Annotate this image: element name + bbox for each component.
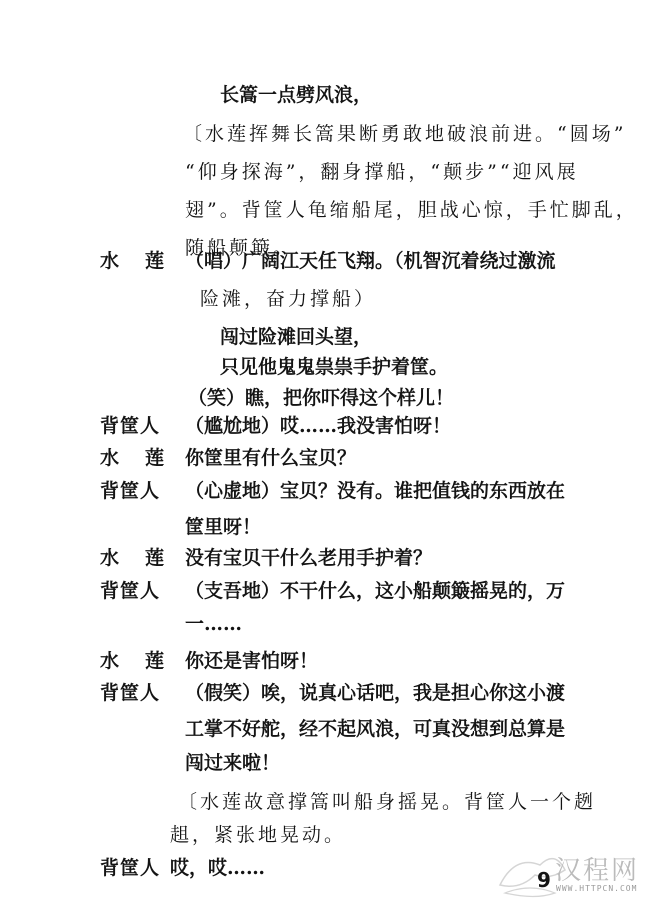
speaker-label: 水莲 <box>100 249 190 273</box>
dialogue-line: 闯过来啦！ <box>185 751 280 775</box>
dialogue-line: （唱）广阔江天任飞翔。（机智沉着绕过激流 <box>185 249 556 273</box>
book-page: 长篙一点劈风浪， 〔水莲挥舞长篙果断勇敢地破浪前进。“圆场” “仰身探海”，翻身… <box>0 0 669 920</box>
stage-direction: 翅”。背筐人龟缩船尾，胆战心惊，手忙脚乱， <box>185 198 638 222</box>
stage-direction: 〔水莲挥舞长篙果断勇敢地破浪前进。“圆场” <box>183 122 626 146</box>
stage-direction: “仰身探海”，翻身撑船，“颠步”“迎风展 <box>185 160 579 184</box>
speaker-label: 背筐人 <box>100 681 160 705</box>
dialogue-line: 没有宝贝干什么老用手护着？ <box>185 546 432 570</box>
speaker-label: 水莲 <box>100 546 190 570</box>
verse-line: 只见他鬼鬼祟祟手护着筐。 <box>220 355 448 379</box>
speaker-label: 水莲 <box>100 649 190 673</box>
dialogue-line: （笑）瞧，把你吓得这个样儿！ <box>188 386 454 410</box>
page-number: 9 <box>537 868 551 892</box>
dialogue-line: （假笑）唉，说真心话吧，我是担心你这小渡 <box>185 681 565 705</box>
watermark-text: 汉程网 <box>555 850 639 887</box>
speaker-label: 背筐人 <box>100 479 160 503</box>
speaker-label: 水莲 <box>100 446 190 470</box>
verse-line: 长篙一点劈风浪， <box>220 83 372 107</box>
speaker-label: 背筐人 <box>100 856 160 880</box>
dialogue-line: 你筐里有什么宝贝？ <box>185 446 356 470</box>
dialogue-line: （尴尬地）哎……我没害怕呀！ <box>185 414 451 438</box>
stage-direction: 趄，紧张地晃动。 <box>170 823 346 847</box>
dialogue-line: 工掌不好舵，经不起风浪，可真没想到总算是 <box>185 717 565 741</box>
stage-direction: 险滩，奋力撑船） <box>200 287 376 311</box>
dialogue-line: 哎，哎…… <box>170 856 265 880</box>
dialogue-line: 你还是害怕呀！ <box>185 649 318 673</box>
dialogue-line: 筐里呀！ <box>185 515 261 539</box>
verse-line: 闯过险滩回头望， <box>220 325 372 349</box>
dialogue-line: 一…… <box>185 612 242 636</box>
dialogue-line: （支吾地）不干什么，这小船颠簸摇晃的，万 <box>185 579 565 603</box>
dialogue-line: （心虚地）宝贝？没有。谁把值钱的东西放在 <box>185 479 565 503</box>
stage-direction: 〔水莲故意撑篙叫船身摇晃。背筐人一个趔 <box>178 790 596 814</box>
speaker-label: 背筐人 <box>100 414 160 438</box>
watermark-url: WWW.HTTPCN.COM <box>556 884 637 893</box>
speaker-label: 背筐人 <box>100 579 160 603</box>
